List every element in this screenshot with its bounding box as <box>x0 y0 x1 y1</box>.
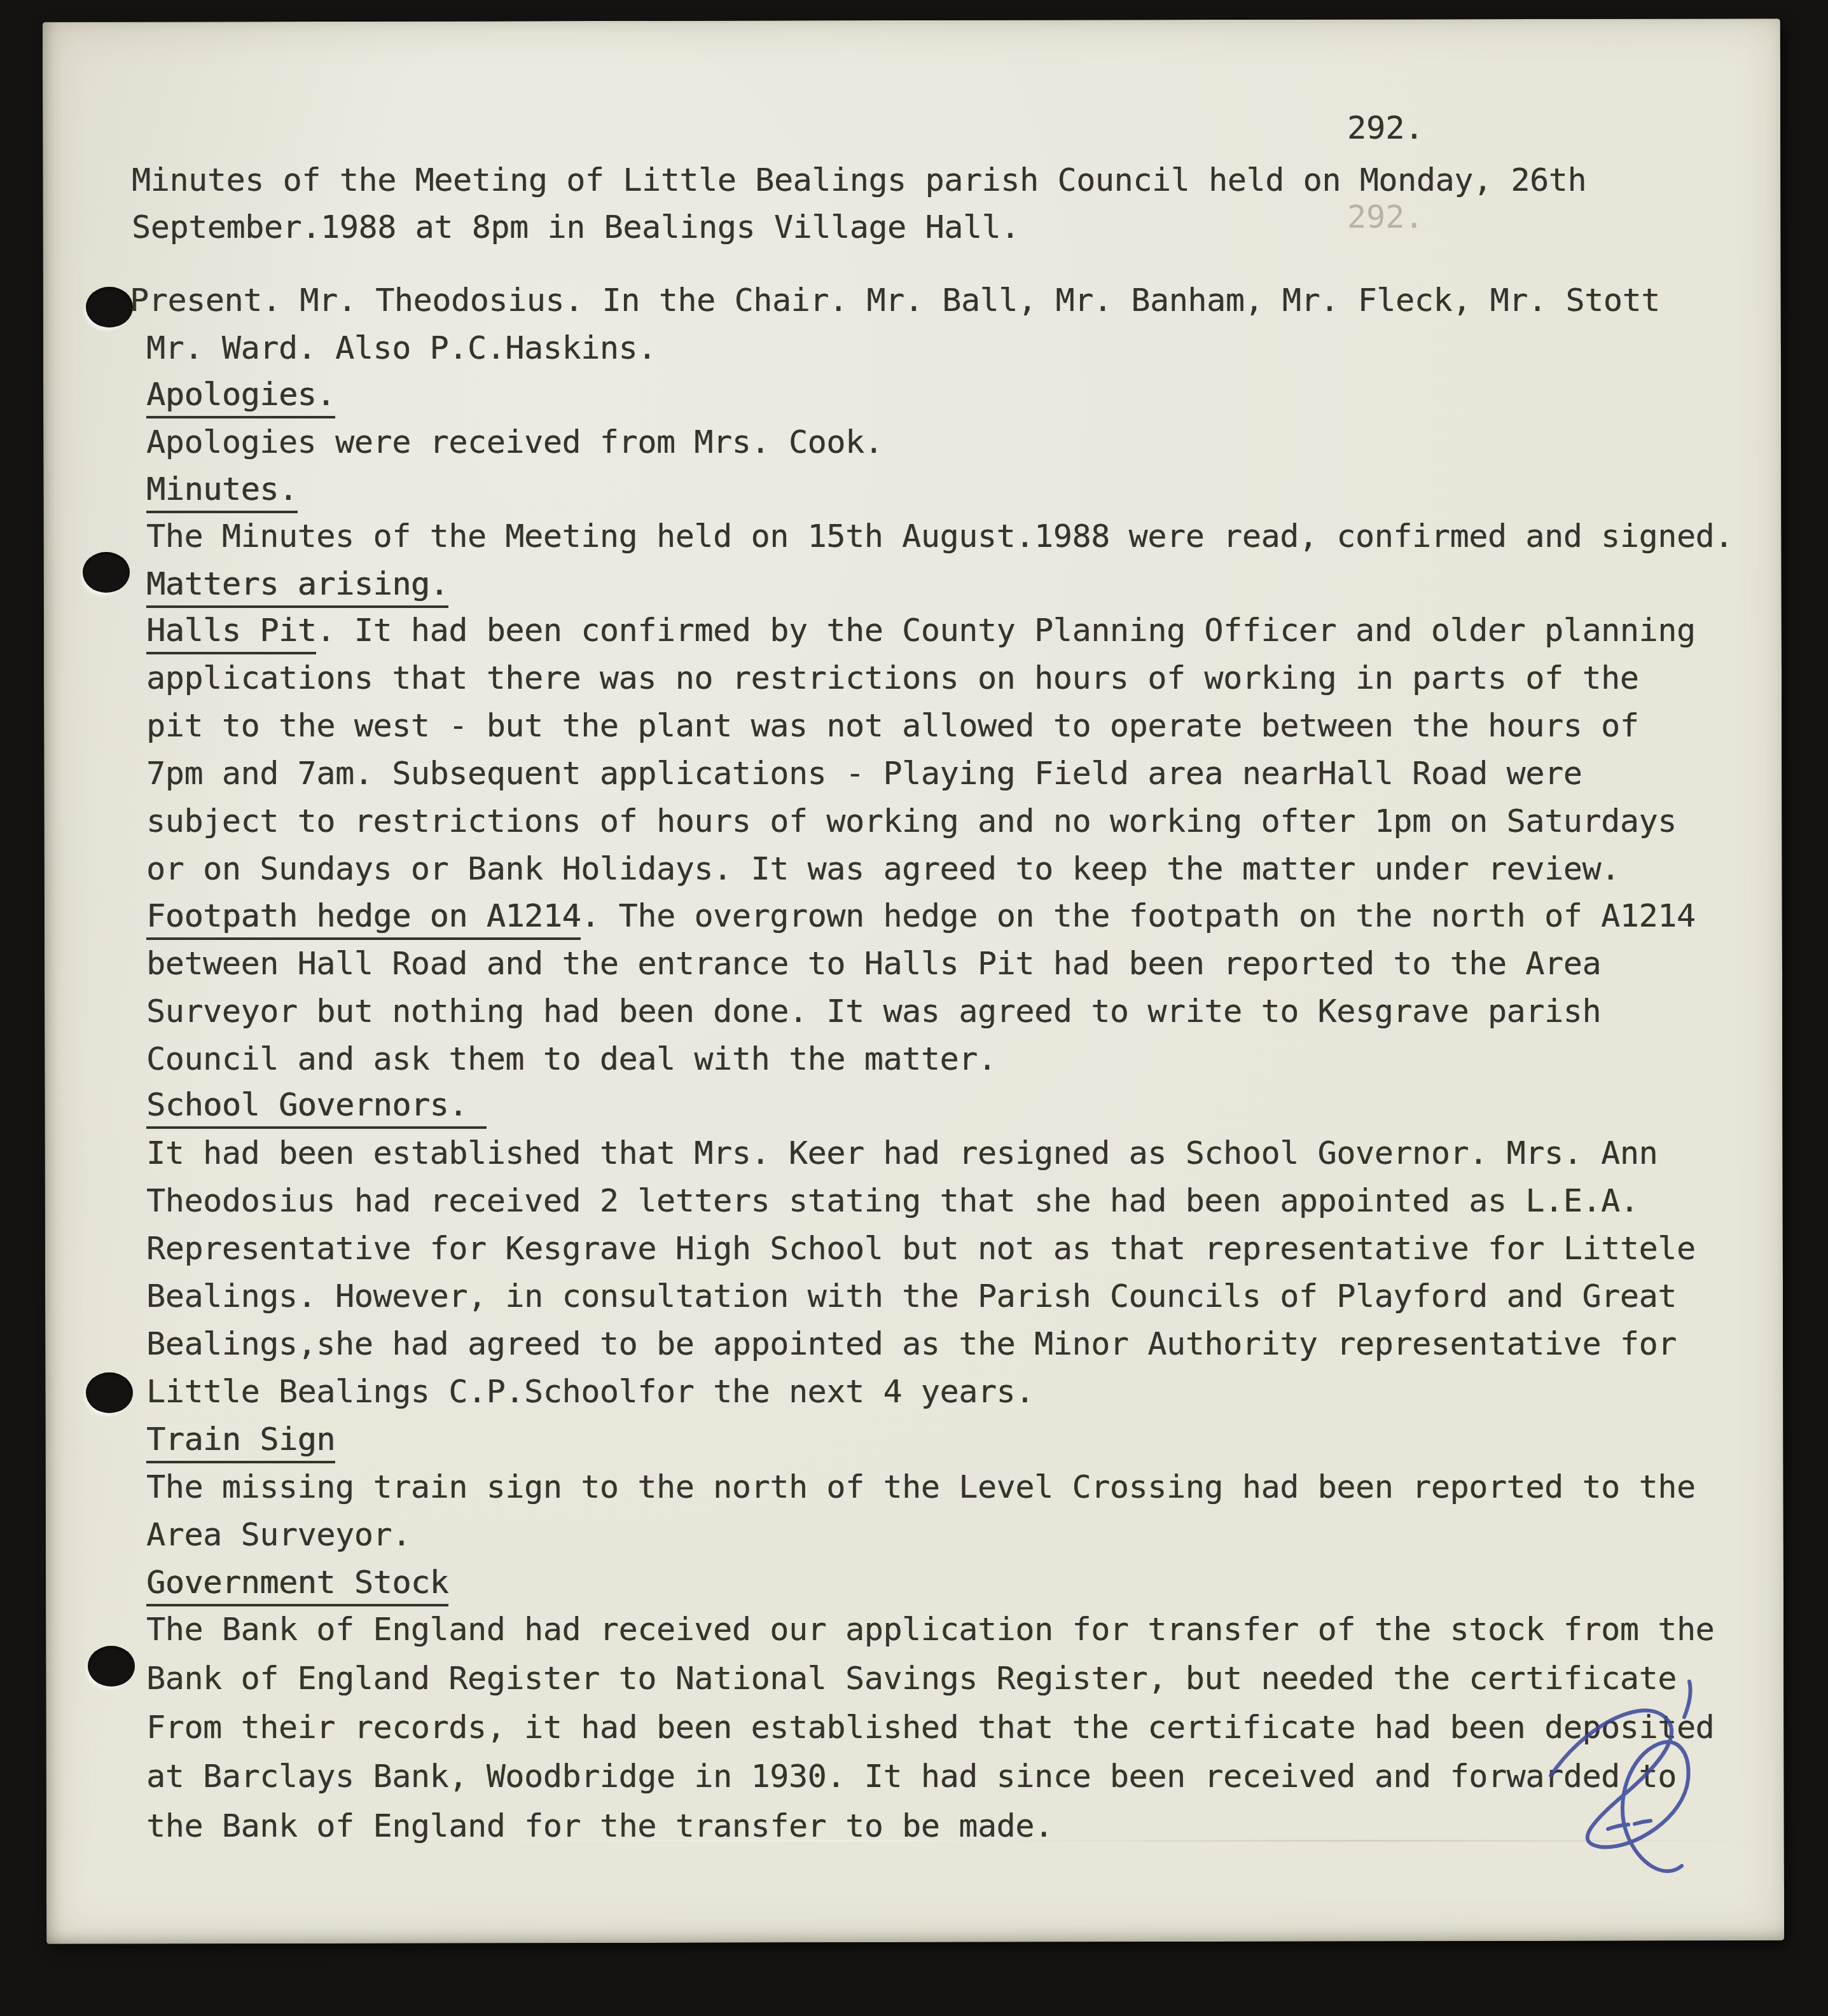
underlined-heading: Government Stock <box>146 1564 448 1606</box>
text-line: School Governors. <box>146 1086 487 1123</box>
line-text: The missing train sign to the north of t… <box>146 1468 1696 1505</box>
underlined-heading: Matters arising. <box>146 565 448 608</box>
line-text: Present. Mr. Theodosius. In the Chair. M… <box>130 282 1660 319</box>
line-text: Theodosius had received 2 letters statin… <box>146 1182 1639 1219</box>
line-text: between Hall Road and the entrance to Ha… <box>146 945 1601 982</box>
line-text: the Bank of England for the transfer to … <box>146 1807 1053 1844</box>
line-text: Area Surveyor. <box>146 1516 411 1553</box>
line-text: Little Bealings C.P.Schoolfor the next 4… <box>146 1373 1034 1410</box>
text-line: Area Surveyor. <box>146 1516 411 1553</box>
text-line: It had been established that Mrs. Keer h… <box>146 1135 1658 1171</box>
underlined-heading: Halls Pit <box>146 612 316 654</box>
underlined-heading: Train Sign <box>146 1421 335 1463</box>
text-line: Halls Pit. It had been confirmed by the … <box>146 612 1696 649</box>
text-line: Bealings,she had agreed to be appointed … <box>146 1325 1677 1362</box>
text-line: Theodosius had received 2 letters statin… <box>146 1182 1639 1219</box>
text-line: 7pm and 7am. Subsequent applications - P… <box>146 755 1582 792</box>
text-line: Present. Mr. Theodosius. In the Chair. M… <box>130 282 1660 319</box>
line-text: pit to the west - but the plant was not … <box>146 707 1639 744</box>
line-text: Mr. Ward. Also P.C.Haskins. <box>146 329 656 366</box>
line-text: September.1988 at 8pm in Bealings Villag… <box>132 209 1020 245</box>
text-line: Bank of England Register to National Sav… <box>146 1660 1677 1697</box>
line-text: Council and ask them to deal with the ma… <box>146 1040 997 1077</box>
text-line: Train Sign <box>146 1421 335 1458</box>
text-line: applications that there was no restricti… <box>146 659 1639 696</box>
text-line: September.1988 at 8pm in Bealings Villag… <box>132 209 1020 245</box>
line-text: Apologies were received from Mrs. Cook. <box>146 424 883 460</box>
line-text: . The overgrown hedge on the footpath on… <box>581 897 1695 934</box>
line-text: It had been established that Mrs. Keer h… <box>146 1135 1658 1171</box>
text-line: The Bank of England had received our app… <box>146 1611 1714 1648</box>
text-line: Bealings. However, in consultation with … <box>146 1278 1677 1315</box>
underlined-heading: Minutes. <box>146 471 298 513</box>
line-text: From their records, it had been establis… <box>146 1709 1714 1746</box>
text-line: subject to restrictions of hours of work… <box>146 803 1677 839</box>
text-line: Government Stock <box>146 1564 448 1601</box>
text-line: From their records, it had been establis… <box>146 1709 1714 1746</box>
text-line: The Minutes of the Meeting held on 15th … <box>146 518 1733 555</box>
line-text: The Bank of England had received our app… <box>146 1611 1714 1648</box>
line-text: subject to restrictions of hours of work… <box>146 803 1677 839</box>
scanned-minutes-page: { "page": { "page_number": "292.", "page… <box>0 0 1828 2016</box>
typewritten-text: Minutes of the Meeting of Little Bealing… <box>0 0 1828 2016</box>
text-line: at Barclays Bank, Woodbridge in 1930. It… <box>146 1758 1677 1795</box>
text-line: Minutes. <box>146 471 298 507</box>
text-line: pit to the west - but the plant was not … <box>146 707 1639 744</box>
underlined-heading: Apologies. <box>146 376 335 418</box>
text-line: or on Sundays or Bank Holidays. It was a… <box>146 850 1620 887</box>
line-text: Representative for Kesgrave High School … <box>146 1230 1696 1267</box>
underlined-heading: School Governors. <box>146 1086 487 1129</box>
line-text: Bealings. However, in consultation with … <box>146 1278 1677 1315</box>
text-line: Little Bealings C.P.Schoolfor the next 4… <box>146 1373 1034 1410</box>
text-line: Council and ask them to deal with the ma… <box>146 1040 997 1077</box>
text-line: Footpath hedge on A1214. The overgrown h… <box>146 897 1696 934</box>
line-text: Bank of England Register to National Sav… <box>146 1660 1677 1697</box>
text-line: between Hall Road and the entrance to Ha… <box>146 945 1601 982</box>
underlined-heading: Footpath hedge on A1214 <box>146 897 581 940</box>
line-text: Surveyor but nothing had been done. It w… <box>146 993 1601 1030</box>
text-line: Mr. Ward. Also P.C.Haskins. <box>146 329 656 366</box>
line-text: at Barclays Bank, Woodbridge in 1930. It… <box>146 1758 1677 1795</box>
text-line: Minutes of the Meeting of Little Bealing… <box>132 162 1586 198</box>
line-text: . It had been confirmed by the County Pl… <box>316 612 1695 649</box>
line-text: The Minutes of the Meeting held on 15th … <box>146 518 1733 555</box>
text-line: Apologies were received from Mrs. Cook. <box>146 424 883 460</box>
text-line: Apologies. <box>146 376 335 413</box>
text-line: Representative for Kesgrave High School … <box>146 1230 1696 1267</box>
line-text: or on Sundays or Bank Holidays. It was a… <box>146 850 1620 887</box>
text-line: The missing train sign to the north of t… <box>146 1468 1696 1505</box>
line-text: Minutes of the Meeting of Little Bealing… <box>132 162 1586 198</box>
text-line: the Bank of England for the transfer to … <box>146 1807 1053 1844</box>
text-line: Surveyor but nothing had been done. It w… <box>146 993 1601 1030</box>
text-line: Matters arising. <box>146 565 448 602</box>
line-text: applications that there was no restricti… <box>146 659 1639 696</box>
line-text: 7pm and 7am. Subsequent applications - P… <box>146 755 1582 792</box>
line-text: Bealings,she had agreed to be appointed … <box>146 1325 1677 1362</box>
